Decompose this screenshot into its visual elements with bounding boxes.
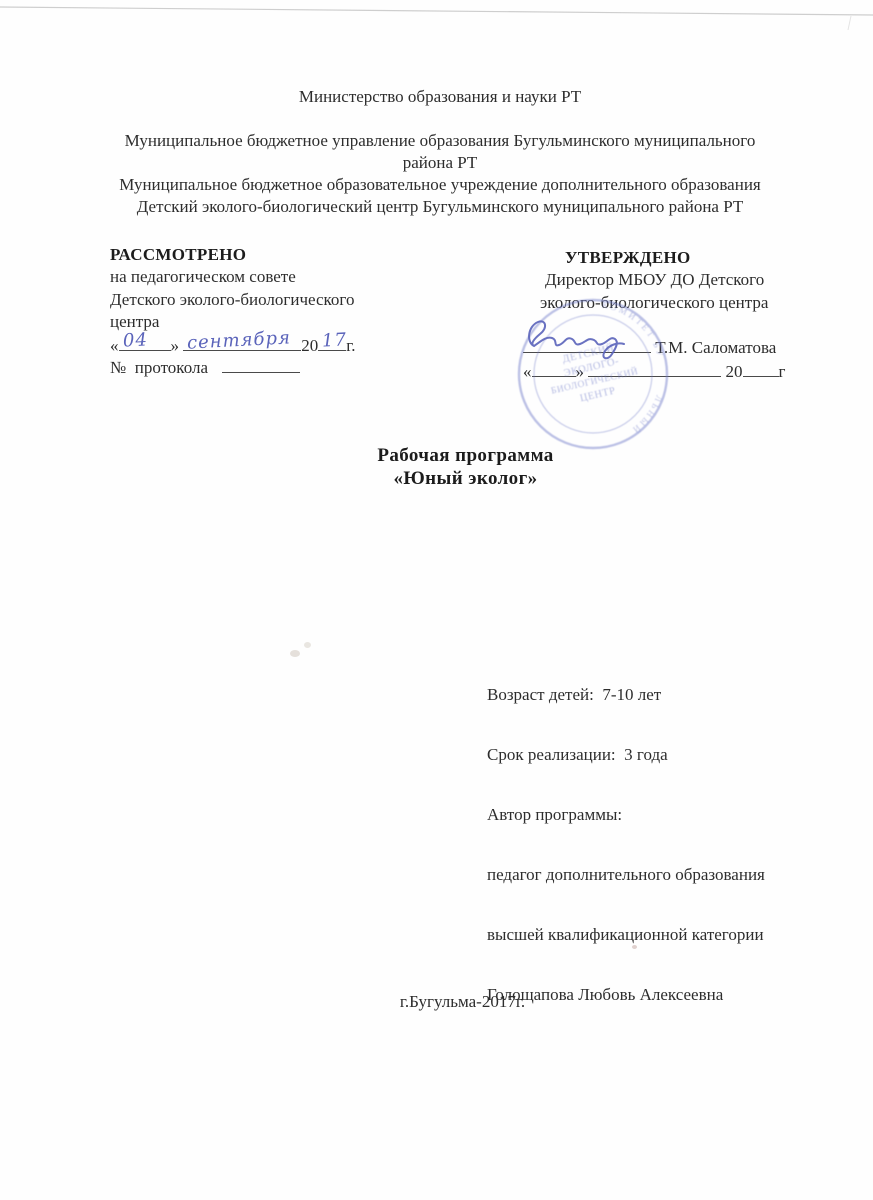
- org1-line1: Муниципальное бюджетное управление образ…: [60, 130, 820, 152]
- quote-open: «: [110, 336, 119, 355]
- handwritten-month: сентября: [187, 328, 292, 356]
- reviewed-line2: Детского эколого-биологического: [110, 289, 480, 311]
- approved-date-line: «» 20г: [523, 361, 843, 383]
- approved-title: УТВЕРЖДЕНО: [565, 247, 843, 269]
- approved-year-blank: [743, 361, 779, 377]
- org3-line: Детский эколого-биологический центр Бугу…: [60, 196, 820, 218]
- ministry-line: Министерство образования и науки РТ: [60, 86, 820, 108]
- approval-reviewed-block: РАССМОТРЕНО на педагогическом совете Дет…: [110, 244, 480, 379]
- approved-line2: эколого-биологического центра: [540, 292, 843, 314]
- year-prefix: 20: [726, 362, 743, 381]
- reviewed-line3: центра: [110, 311, 480, 333]
- approved-day-blank: [532, 361, 576, 377]
- document-title: Рабочая программа «Юный эколог»: [0, 444, 873, 490]
- reviewed-title: РАССМОТРЕНО: [110, 244, 480, 266]
- document-header: Министерство образования и науки РТ Муни…: [60, 86, 820, 218]
- year-prefix: 20: [301, 336, 318, 355]
- approval-approved-block: УТВЕРЖДЕНО Директор МБОУ ДО Детского эко…: [523, 247, 843, 383]
- handwritten-day: 04: [122, 330, 148, 354]
- svg-text:ЛЬНЫЙ: ЛЬНЫЙ: [629, 394, 664, 436]
- footer-city-year: г.Бугульма-2017г.: [0, 992, 873, 1012]
- duration-line: Срок реализации: 3 года: [487, 745, 847, 765]
- handwritten-year: 17: [322, 330, 348, 354]
- header-spacer: [60, 108, 820, 130]
- quote-open: «: [523, 362, 532, 381]
- director-signature-line: Т.М. Саломатова: [523, 337, 843, 359]
- date-suffix: г.: [346, 336, 355, 355]
- quote-close: »: [576, 362, 585, 381]
- date-suffix: г: [779, 362, 786, 381]
- date-year-blank: 17: [318, 335, 346, 351]
- stamp-center-line4: ЦЕНТР: [579, 386, 617, 405]
- org2-line: Муниципальное бюджетное образовательное …: [60, 174, 820, 196]
- age-line: Возраст детей: 7-10 лет: [487, 685, 847, 705]
- reviewed-line1: на педагогическом совете: [110, 266, 480, 288]
- document-page: Министерство образования и науки РТ Муни…: [0, 0, 873, 1200]
- approved-month-blank: [588, 361, 721, 377]
- protocol-line: № протокола: [110, 357, 480, 379]
- date-day-blank: 04: [119, 335, 171, 351]
- scan-edge-line: [0, 0, 873, 30]
- author-position1: педагог дополнительного образования: [487, 865, 847, 885]
- author-position2: высшей квалификационной категории: [487, 925, 847, 945]
- approved-line1: Директор МБОУ ДО Детского: [545, 269, 843, 291]
- org1-line2: района РТ: [60, 152, 820, 174]
- date-month-blank: сентября: [183, 335, 301, 351]
- scan-smudge: [304, 642, 311, 648]
- program-details: Возраст детей: 7-10 лет Срок реализации:…: [487, 645, 847, 1045]
- quote-close: »: [171, 336, 180, 355]
- title-line2: «Юный эколог»: [58, 467, 873, 490]
- author-label: Автор программы:: [487, 805, 847, 825]
- signature-blank: [523, 337, 651, 353]
- director-name: Т.М. Саломатова: [655, 338, 776, 357]
- title-line1: Рабочая программа: [58, 444, 873, 467]
- scan-smudge: [290, 650, 300, 657]
- protocol-number-blank: [222, 357, 300, 373]
- stamp-rim-text-bottom: ЛЬНЫЙ: [629, 394, 664, 436]
- reviewed-date-line: «04» сентября2017г.: [110, 335, 480, 357]
- protocol-label: № протокола: [110, 358, 208, 377]
